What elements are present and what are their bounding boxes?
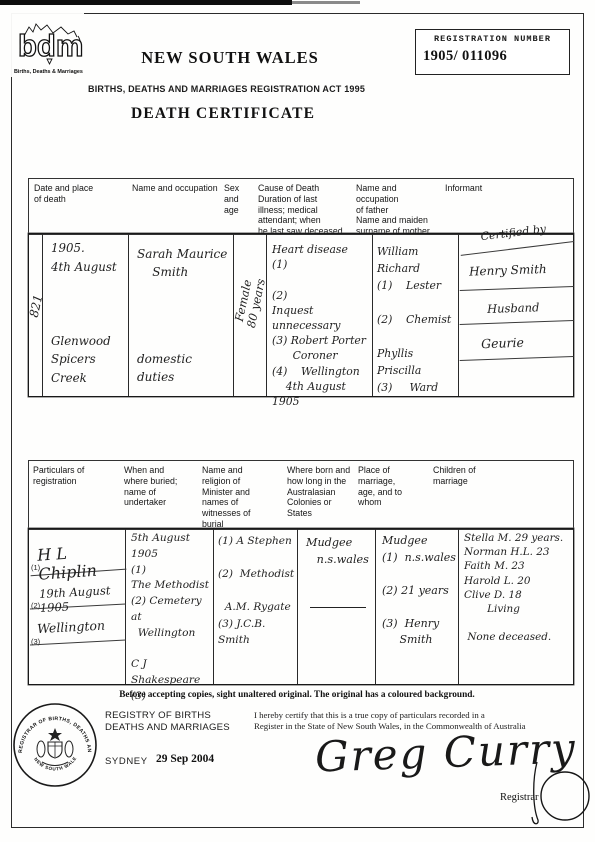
table1-col-name: Name and occupation: [132, 183, 218, 194]
dash-line: [310, 607, 366, 608]
state-title: NEW SOUTH WALES: [110, 48, 350, 68]
cell-cause-of-death: Heart disease (1) (2) Inquest unnecessar…: [267, 234, 373, 396]
registry-office: SYDNEY: [105, 756, 148, 767]
cell-registration-particulars: (1) (2) (3) H L Chiplin 19th August 1905…: [29, 529, 126, 684]
table2-col-children: Children of marriage: [433, 465, 476, 487]
table1-col-cause: Cause of Death Duration of last illness;…: [258, 183, 343, 237]
name-occupation-entry: Sarah Maurice Smith domestic duties: [137, 246, 233, 386]
cell-informant: Certified by Henry Smith Husband Geurie: [459, 234, 573, 396]
registry-name: REGISTRY OF BIRTHS DEATHS AND MARRIAGES: [105, 710, 230, 733]
cause-entry: Heart disease (1) (2) Inquest unnecessar…: [272, 242, 372, 409]
date-stamp: 29 Sep 2004: [156, 753, 214, 765]
cell-minister-witnesses: (1) A Stephen (2) Methodist A.M. Rygate …: [214, 529, 298, 684]
children-entry: Stella M. 29 years. Norman H.L. 23 Faith…: [464, 531, 573, 645]
table2-col-marriage: Place of marriage, age, and to whom: [358, 465, 402, 508]
marriage-entry: Mudgee (1) n.s.wales (2) 21 years (3) He…: [382, 533, 458, 649]
registration-number-value: 1905/ 011096: [423, 48, 569, 65]
informant-residence: Geurie: [458, 321, 573, 361]
death-certificate-page: bdm Births, Deaths & Marriages NEW SOUTH…: [0, 0, 595, 842]
cell-name-occupation: Sarah Maurice Smith domestic duties: [129, 234, 234, 396]
table2-col-registration: Particulars of registration: [33, 465, 84, 487]
table2-col-buried: When and where buried; name of undertake…: [124, 465, 177, 508]
cell-children: Stella M. 29 years. Norman H.L. 23 Faith…: [459, 529, 573, 684]
registration-number-box: REGISTRATION NUMBER 1905/ 011096: [415, 29, 570, 75]
cell-marriage: Mudgee (1) n.s.wales (2) 21 years (3) He…: [376, 529, 459, 684]
registration-place: Wellington: [28, 605, 126, 646]
table1-col-informant: Informant: [445, 183, 482, 194]
cell-father-mother: William Richard (1) Lester (2) Chemist P…: [373, 234, 459, 396]
informant-relation: Husband: [458, 287, 573, 325]
bdm-letters: bdm: [18, 28, 83, 63]
date-place-entry: 1905. 4th August Glenwood Spicers Creek: [51, 239, 128, 387]
informant-name: Henry Smith: [458, 247, 573, 291]
table2-col-minister: Name and religion of Minister and names …: [202, 465, 250, 530]
registry-seal-icon: REGISTRAR OF BIRTHS, DEATHS AND MARRIAGE…: [12, 702, 98, 790]
born-entry: Mudgee n.s.wales: [306, 534, 375, 568]
parents-entry: William Richard (1) Lester (2) Chemist P…: [377, 243, 458, 396]
registration-number-label: REGISTRATION NUMBER: [416, 34, 569, 44]
svg-text:REGISTRAR OF BIRTHS, DEATHS AN: REGISTRAR OF BIRTHS, DEATHS AND MARRIAGE…: [12, 702, 92, 753]
cell-burial: 5th August 1905 (1) The Methodist (2) Ce…: [126, 529, 214, 684]
paraph-mark-icon: [523, 756, 591, 828]
table2-header: Particulars of registration When and whe…: [28, 460, 574, 530]
copies-notice: Before accepting copies, sight unaltered…: [11, 690, 583, 700]
document-title: DEATH CERTIFICATE: [131, 105, 315, 123]
cell-where-born: Mudgee n.s.wales: [298, 529, 376, 684]
sex-age-entry: Female 80 years: [228, 255, 272, 348]
table1-body: 821 1905. 4th August Glenwood Spicers Cr…: [28, 233, 574, 397]
minister-entry: (1) A Stephen (2) Methodist A.M. Rygate …: [218, 533, 297, 649]
cell-sex-age: Female 80 years: [234, 234, 267, 396]
scan-artifact-bar: [0, 0, 292, 5]
table2-col-born: Where born and how long in the Australas…: [287, 465, 350, 519]
registration-date: 19th August 1905: [28, 571, 126, 610]
table1-col-date-place: Date and place of death: [34, 183, 93, 205]
seal-top-text: REGISTRAR OF BIRTHS, DEATHS AND MARRIAGE…: [12, 702, 92, 753]
bdm-logo-icon: bdm Births, Deaths & Marriages: [12, 14, 86, 78]
bdm-caption: Births, Deaths & Marriages: [14, 69, 83, 75]
cell-date-place: 1905. 4th August Glenwood Spicers Creek: [43, 234, 129, 396]
burial-entry: 5th August 1905 (1) The Methodist (2) Ce…: [131, 531, 213, 705]
cell-margin-number: 821: [29, 234, 43, 396]
table1-col-sex-age: Sex and age: [224, 183, 239, 215]
table2-body: (1) (2) (3) H L Chiplin 19th August 1905…: [28, 528, 574, 685]
scan-artifact-bar-light: [292, 1, 360, 4]
seal-star: [48, 728, 62, 741]
act-line: BIRTHS, DEATHS AND MARRIAGES REGISTRATIO…: [88, 84, 365, 94]
table1-header: Date and place of death Name and occupat…: [28, 178, 574, 235]
table1-col-parents: Name and occupation of father Name and m…: [356, 183, 430, 237]
registrar-local-signature: H L Chiplin: [28, 526, 127, 577]
